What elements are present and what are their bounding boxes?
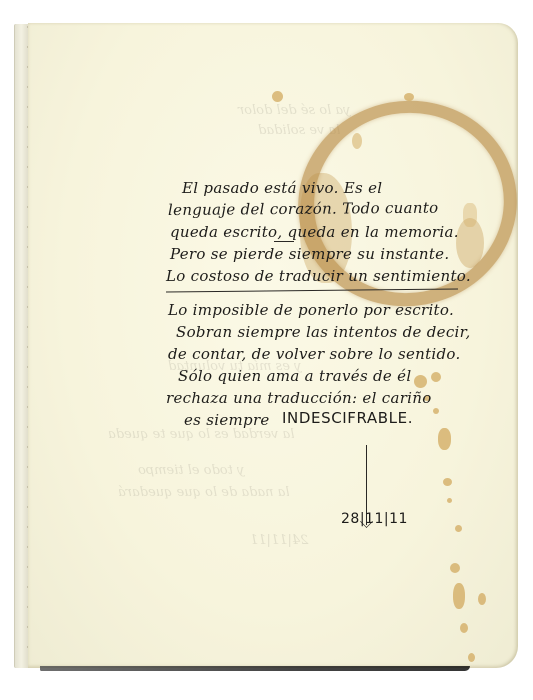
note-line: Sólo quien ama a través de él	[178, 367, 411, 385]
notebook-page: ya lo sé del dolor la ve solidad la verd…	[28, 23, 518, 668]
coffee-drop	[433, 408, 439, 414]
cover-edge-shadow	[40, 666, 470, 671]
coffee-drop	[443, 478, 452, 486]
coffee-drop	[438, 428, 451, 450]
note-date: 28|11|11	[341, 511, 408, 527]
note-line: Pero se pierde siempre su instante.	[170, 245, 449, 263]
coffee-drop	[460, 623, 468, 633]
note-line: es siempre	[184, 411, 270, 429]
coffee-drop	[414, 375, 427, 388]
ghost-text-line: la verdad es lo que te queda	[108, 427, 294, 442]
ghost-text-line: la nada de lo que quedará	[118, 485, 290, 500]
coffee-drop	[453, 583, 465, 609]
coffee-drop	[478, 593, 486, 605]
note-line: rechaza una traducción: el cariño	[166, 389, 432, 407]
coffee-drop	[404, 93, 414, 101]
ghost-date: 24|11|11	[250, 533, 308, 548]
coffee-drop	[455, 525, 462, 532]
coffee-drop	[447, 498, 452, 503]
ink-underline	[274, 241, 294, 242]
ghost-text-line: ya lo sé del dolor	[238, 103, 351, 118]
coffee-drop	[450, 563, 460, 573]
coffee-drop	[468, 653, 475, 662]
coffee-drop	[431, 372, 441, 382]
note-line: Sobran siempre las intentos de decir,	[176, 323, 471, 341]
note-line: de contar, de volver sobre lo sentido.	[168, 345, 461, 363]
note-line: Lo costoso de traducir un sentimiento.	[166, 267, 471, 285]
coffee-drop	[352, 133, 362, 149]
coffee-drop	[463, 203, 477, 227]
scanned-notebook: ya lo sé del dolor la ve solidad la verd…	[0, 0, 533, 700]
emphasis-word: INDESCIFRABLE.	[282, 409, 413, 427]
coffee-drop	[272, 91, 283, 102]
note-line: queda escrito, queda en la memoria.	[170, 223, 459, 241]
note-line: El pasado está vivo. Es el	[182, 179, 382, 197]
note-line: lenguaje del corazón. Todo cuanto	[168, 199, 439, 219]
note-line: Lo imposible de ponerlo por escrito.	[168, 301, 454, 319]
ghost-text-line: y todo el tiempo	[138, 463, 244, 478]
